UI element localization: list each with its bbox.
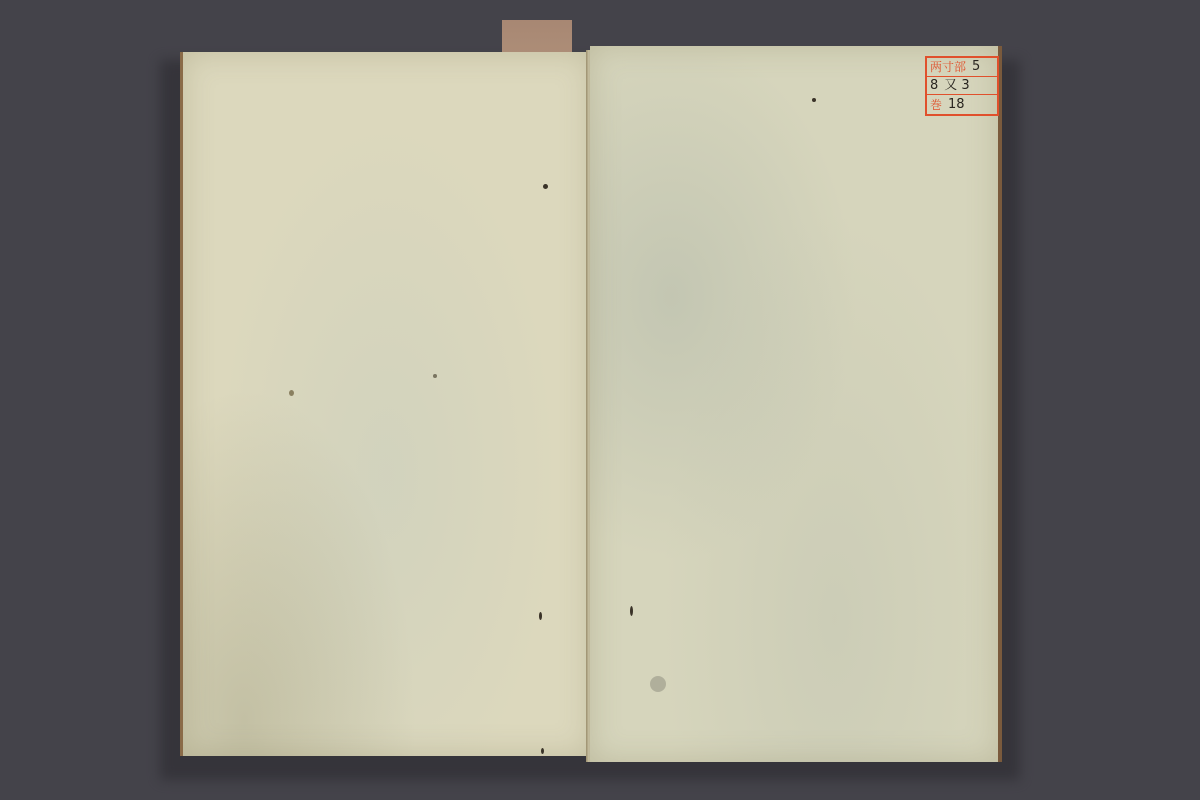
- stamp-row: 巻 18: [927, 95, 997, 114]
- ink-spot: [541, 748, 544, 754]
- stamp-handwritten-text: 18: [948, 98, 965, 111]
- stamp-row: 两寸部 5: [927, 58, 997, 77]
- left-page: [180, 52, 591, 756]
- ink-spot: [539, 612, 542, 620]
- stamp-row: 8 又 3: [927, 77, 997, 96]
- ink-spot: [543, 184, 548, 189]
- library-stamp: 两寸部 5 8 又 3 巻 18: [925, 56, 999, 116]
- stamp-handwritten-text: 又 3: [944, 79, 969, 92]
- stamp-printed-text: 8: [930, 79, 938, 92]
- smudge: [650, 676, 666, 692]
- ink-spot: [433, 374, 437, 378]
- stamp-printed-text: 两寸部: [930, 61, 966, 73]
- right-page: [590, 46, 1002, 762]
- ink-spot: [630, 606, 633, 616]
- stamp-handwritten-text: 5: [972, 60, 980, 73]
- stamp-printed-text: 巻: [930, 99, 942, 111]
- ink-spot: [289, 390, 294, 396]
- ink-spot: [812, 98, 816, 102]
